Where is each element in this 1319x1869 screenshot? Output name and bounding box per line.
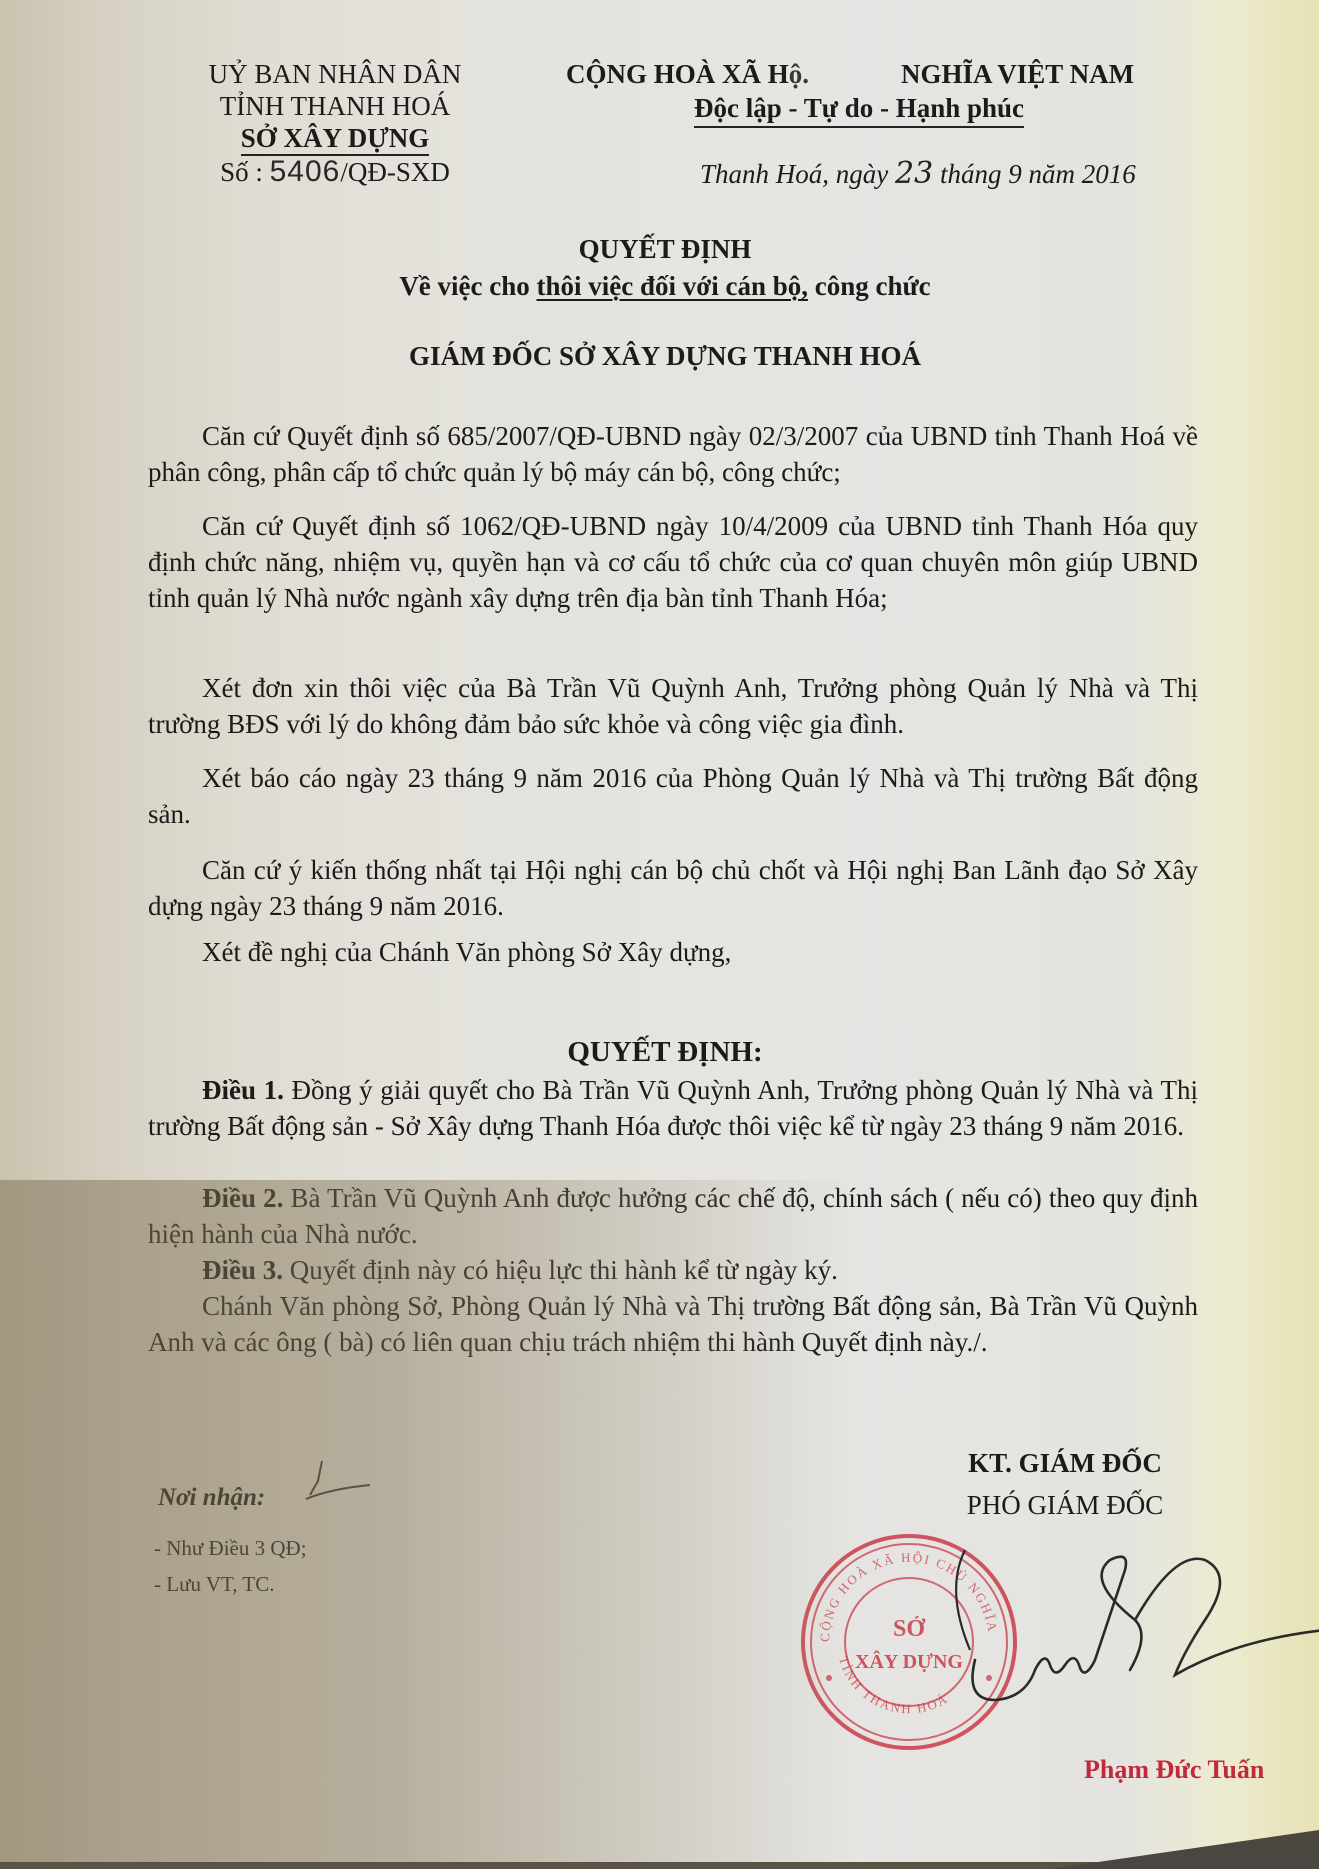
preamble-6: Xét đề nghị của Chánh Văn phòng Sở Xây d…: [148, 934, 1198, 970]
decision-subject: Về việc cho thôi việc đối với cán bộ, cô…: [300, 270, 1030, 302]
decision-title: QUYẾT ĐỊNH: [300, 233, 1030, 265]
preamble-1: Căn cứ Quyết định số 685/2007/QĐ-UBND ng…: [148, 418, 1198, 490]
handwritten-number: 5406: [270, 155, 341, 188]
document-date: Thanh Hoá, ngày 23 tháng 9 năm 2016: [700, 158, 1136, 190]
svg-text:SỞ: SỞ: [893, 1616, 926, 1642]
article-2: Điều 2. Bà Trần Vũ Quỳnh Anh được hưởng …: [148, 1180, 1198, 1252]
preamble-5: Căn cứ ý kiến thống nhất tại Hội nghị cá…: [148, 852, 1198, 924]
table-corner: [1050, 1830, 1319, 1869]
signature-title-1: KT. GIÁM ĐỐC: [920, 1448, 1210, 1479]
article-3: Điều 3. Quyết định này có hiệu lực thi h…: [148, 1252, 1198, 1288]
issuer-line2: TỈNH THANH HOÁ: [150, 90, 520, 122]
signer-name: Phạm Đức Tuấn: [1084, 1755, 1264, 1785]
issuing-authority: GIÁM ĐỐC SỞ XÂY DỰNG THANH HOÁ: [300, 340, 1030, 372]
signature-icon: [935, 1530, 1319, 1730]
header-right-line1: CỘNG HOÀ XÃ Hộ.NGHĨA VIỆT NAM: [566, 58, 1134, 90]
preamble-2: Căn cứ Quyết định số 1062/QĐ-UBND ngày 1…: [148, 508, 1198, 616]
recipient-2: - Lưu VT, TC.: [154, 1572, 274, 1597]
header-left: UỶ BAN NHÂN DÂN TỈNH THANH HOÁ SỞ XÂY DỰ…: [150, 58, 520, 188]
document-number: Số : 5406/QĐ-SXD: [150, 156, 520, 188]
issuer-line1: UỶ BAN NHÂN DÂN: [150, 58, 520, 90]
initial-mark-icon: [300, 1455, 380, 1505]
preamble-4: Xét báo cáo ngày 23 tháng 9 năm 2016 của…: [148, 760, 1198, 832]
issuer-line3: SỞ XÂY DỰNG: [150, 122, 520, 154]
signature-title-2: PHÓ GIÁM ĐỐC: [920, 1490, 1210, 1521]
national-motto: Độc lập - Tự do - Hạnh phúc: [694, 92, 1024, 128]
decision-heading: QUYẾT ĐỊNH:: [300, 1036, 1030, 1069]
recipient-1: - Như Điều 3 QĐ;: [154, 1536, 307, 1561]
handwritten-day: 23: [895, 156, 933, 191]
article-1: Điều 1. Đồng ý giải quyết cho Bà Trần Vũ…: [148, 1072, 1198, 1144]
recipients-heading: Nơi nhận:: [158, 1484, 265, 1512]
closing-paragraph: Chánh Văn phòng Sở, Phòng Quản lý Nhà và…: [148, 1288, 1198, 1360]
preamble-3: Xét đơn xin thôi việc của Bà Trần Vũ Quỳ…: [148, 670, 1198, 742]
